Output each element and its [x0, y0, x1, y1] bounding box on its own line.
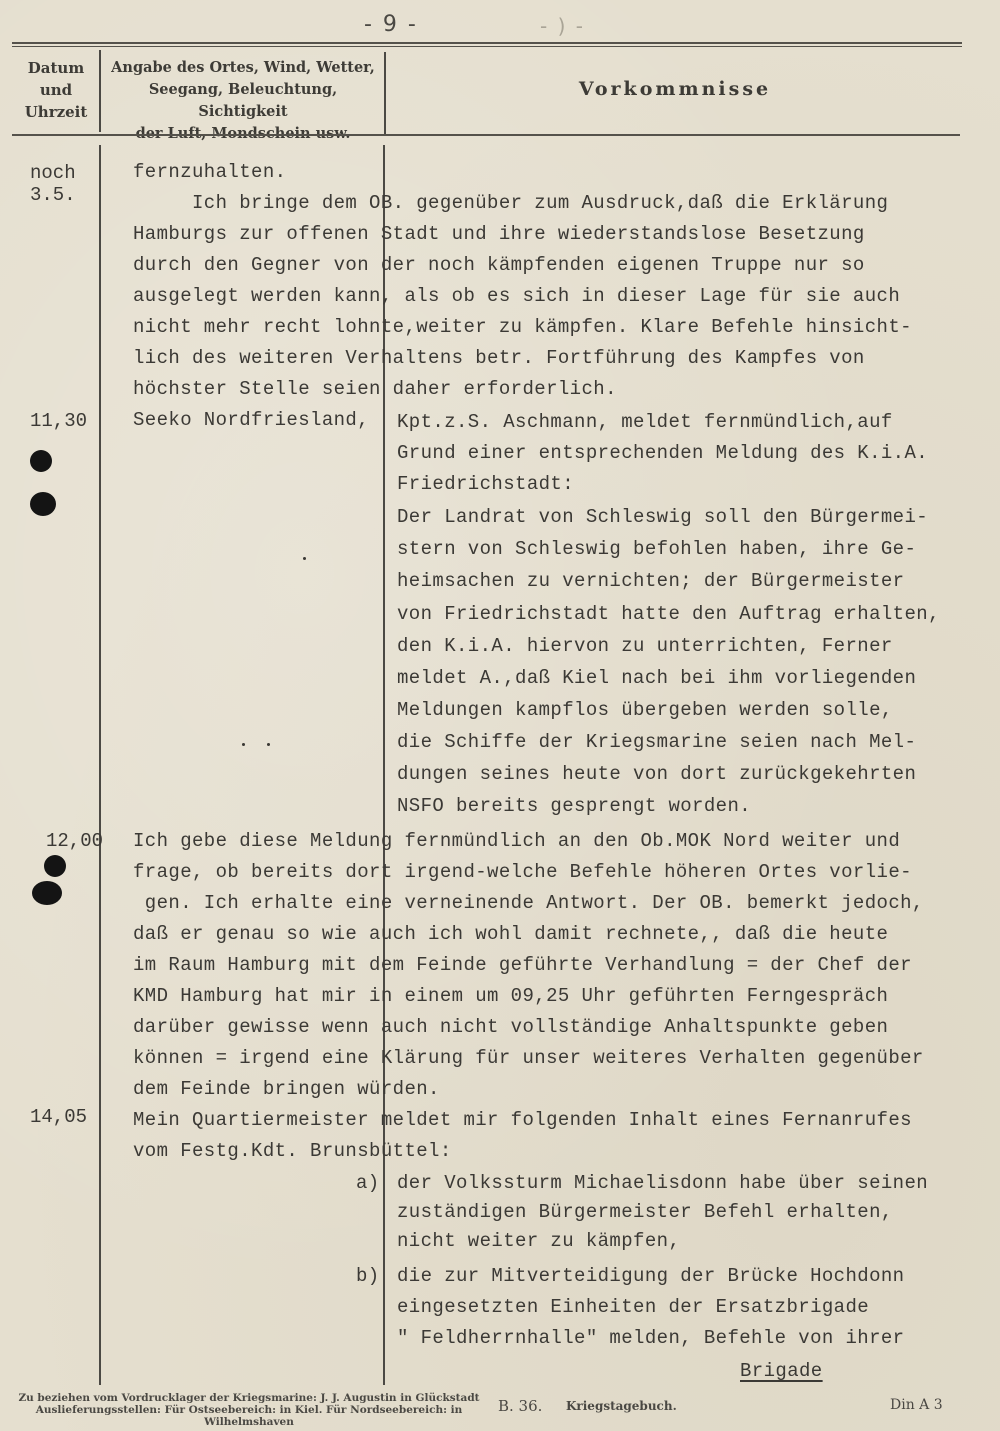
- paper-speck: [267, 743, 270, 746]
- footer-form-number: B. 36.: [498, 1397, 542, 1415]
- text-line: lich des weiteren Verhaltens betr. Fortf…: [133, 343, 912, 374]
- text-line: die Schiffe der Kriegsmarine seien nach …: [397, 727, 940, 758]
- catchword: Brigade: [740, 1356, 823, 1387]
- list-item-a: der Volkssturm Michaelisdonn habe über s…: [397, 1168, 928, 1257]
- column-line-place: [384, 52, 386, 134]
- top-rule-2: [12, 46, 962, 47]
- text-line: darüber gewisse wenn auch nicht vollstän…: [133, 1012, 924, 1043]
- text-line: Grund einer entsprechenden Meldung des K…: [397, 438, 940, 469]
- text-line: von Friedrichstadt hatte den Auftrag erh…: [397, 599, 940, 630]
- header-bottom-rule: [12, 134, 960, 136]
- text-line: können = irgend eine Klärung für unser w…: [133, 1043, 924, 1074]
- text-line: dem Feinde bringen würden.: [133, 1074, 924, 1105]
- text-line: Der Landrat von Schleswig soll den Bürge…: [397, 502, 940, 533]
- text-line: gen. Ich erhalte eine verneinende Antwor…: [133, 888, 924, 919]
- header-date-time: Datum und Uhrzeit: [14, 57, 98, 123]
- header-place-weather: Angabe des Ortes, Wind, Wetter, Seegang,…: [104, 57, 382, 145]
- text-line: im Raum Hamburg mit dem Feinde geführte …: [133, 950, 924, 981]
- text-line: Friedrichstadt:: [397, 469, 940, 500]
- text-line: heimsachen zu vernichten; der Bürgermeis…: [397, 566, 940, 597]
- entry-text-block: Ich gebe diese Meldung fernmündlich an d…: [133, 826, 924, 1105]
- header-events: Vorkommnisse: [390, 78, 960, 100]
- text-line: Ich gebe diese Meldung fernmündlich an d…: [133, 826, 924, 857]
- entry-text-block: Kpt.z.S. Aschmann, meldet fernmündlich,a…: [397, 407, 940, 822]
- entry-date: noch 3.5.: [30, 162, 76, 206]
- text-line: durch den Gegner von der noch kämpfenden…: [133, 250, 912, 281]
- page-number-faded: - ) -: [540, 14, 585, 38]
- punch-hole-icon: [44, 855, 66, 877]
- text-line: Meldungen kampflos übergeben werden soll…: [397, 695, 940, 726]
- text-line: stern von Schleswig befohlen haben, ihre…: [397, 534, 940, 565]
- text-line: Mein Quartiermeister meldet mir folgende…: [133, 1105, 912, 1136]
- text-line: Kpt.z.S. Aschmann, meldet fernmündlich,a…: [397, 407, 940, 438]
- entry-time: 11,30: [30, 410, 87, 432]
- text-line: die zur Mitverteidigung der Brücke Hochd…: [397, 1261, 904, 1292]
- page-number: - 9 -: [364, 12, 418, 37]
- text-line: NSFO bereits gesprengt worden.: [397, 791, 940, 822]
- text-line: Hamburgs zur offenen Stadt und ihre wied…: [133, 219, 912, 250]
- entry-place: Seeko Nordfriesland,: [133, 405, 369, 436]
- entry-text-block: Mein Quartiermeister meldet mir folgende…: [133, 1105, 912, 1167]
- text-line: den K.i.A. hiervon zu unterrichten, Fern…: [397, 631, 940, 662]
- text-line: meldet A.,daß Kiel nach bei ihm vorliege…: [397, 663, 940, 694]
- punch-hole-icon: [30, 450, 52, 472]
- list-marker-b: b): [356, 1261, 380, 1292]
- text-line: der Volkssturm Michaelisdonn habe über s…: [397, 1168, 928, 1199]
- punch-hole-icon: [32, 881, 62, 905]
- paper-speck: [242, 743, 245, 746]
- text-line: ausgelegt werden kann, als ob es sich in…: [133, 281, 912, 312]
- entry-time: 12,00: [46, 830, 103, 852]
- text-line: frage, ob bereits dort irgend-welche Bef…: [133, 857, 924, 888]
- footer-paper-format: Din A 3: [890, 1397, 943, 1413]
- text-line: fernzuhalten.: [133, 157, 912, 188]
- entry-time: 14,05: [30, 1106, 87, 1128]
- text-line: eingesetzten Einheiten der Ersatzbrigade: [397, 1292, 904, 1323]
- text-line: vom Festg.Kdt. Brunsbüttel:: [133, 1136, 912, 1167]
- footer-supplier-line-1: Zu beziehen vom Vordrucklager der Kriegs…: [14, 1392, 484, 1404]
- column-line-date-body: [99, 145, 101, 1385]
- punch-hole-icon: [30, 492, 56, 516]
- list-item-b: die zur Mitverteidigung der Brücke Hochd…: [397, 1261, 904, 1354]
- text-line: zuständigen Bürgermeister Befehl erhalte…: [397, 1197, 928, 1228]
- text-line: Ich bringe dem OB. gegenüber zum Ausdruc…: [133, 188, 912, 219]
- text-line: daß er genau so wie auch ich wohl damit …: [133, 919, 924, 950]
- text-line: " Feldherrnhalle" melden, Befehle von ih…: [397, 1323, 904, 1354]
- footer-supplier: Zu beziehen vom Vordrucklager der Kriegs…: [14, 1392, 484, 1428]
- list-marker-a: a): [356, 1168, 380, 1199]
- footer-supplier-line-2: Auslieferungsstellen: Für Ostseebereich:…: [14, 1404, 484, 1428]
- text-line: höchster Stelle seien daher erforderlich…: [133, 374, 912, 405]
- text-line: dungen seines heute von dort zurückgekeh…: [397, 759, 940, 790]
- entry-text-block: fernzuhalten. Ich bringe dem OB. gegenüb…: [133, 157, 912, 405]
- text-line: nicht weiter zu kämpfen,: [397, 1226, 928, 1257]
- text-line: KMD Hamburg hat mir in einem um 09,25 Uh…: [133, 981, 924, 1012]
- footer-form-title: Kriegstagebuch.: [566, 1399, 677, 1413]
- column-line-date: [99, 50, 101, 132]
- top-rule-1: [12, 42, 962, 44]
- text-line: nicht mehr recht lohnte,weiter zu kämpfe…: [133, 312, 912, 343]
- paper-speck: [303, 557, 306, 560]
